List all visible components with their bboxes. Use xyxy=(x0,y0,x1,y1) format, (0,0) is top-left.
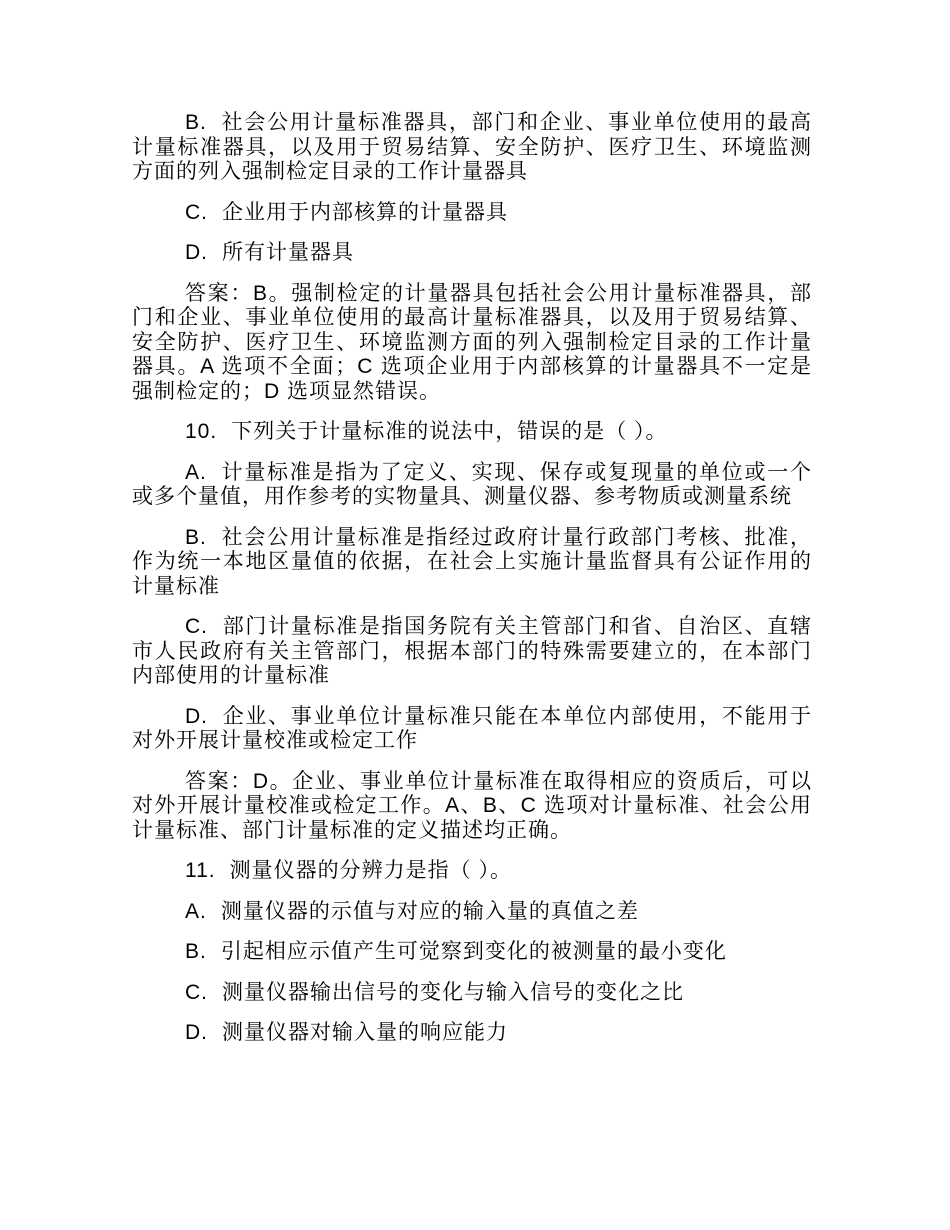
paragraph-text: 测量仪器对输入量的响应能力 xyxy=(222,1021,508,1044)
option-label: C. xyxy=(185,615,208,638)
option-label: C. xyxy=(185,981,208,1004)
question-11-stem: 11.测量仪器的分辨力是指（ ）。 xyxy=(132,859,812,884)
question-10-stem: 10.下列关于计量标准的说法中，错误的是（ ）。 xyxy=(132,420,812,445)
prev-question-answer: 答案：B。强制检定的计量器具包括社会公用计量标准器具，部门和企业、事业单位使用的… xyxy=(132,282,812,405)
option-label: C. xyxy=(185,201,208,224)
paragraph-text: 答案：B。强制检定的计量器具包括社会公用计量标准器具，部门和企业、事业单位使用的… xyxy=(132,282,812,403)
question-10-option-d: D.企业、事业单位计量标准只能在本单位内部使用，不能用于对外开展计量校准或检定工… xyxy=(132,705,812,754)
option-label: B. xyxy=(185,526,207,549)
paragraph-text: 企业用于内部核算的计量器具 xyxy=(222,201,508,224)
paragraph-text: 测量仪器输出信号的变化与输入信号的变化之比 xyxy=(222,981,684,1004)
paragraph-text: 测量仪器的示值与对应的输入量的真值之差 xyxy=(221,900,639,923)
paragraph-text: 计量标准是指为了定义、实现、保存或复现量的单位或一个或多个量值，用作参考的实物量… xyxy=(132,461,812,509)
prev-question-option-c: C.企业用于内部核算的计量器具 xyxy=(132,201,812,226)
paragraph-text: 所有计量器具 xyxy=(222,241,354,264)
paragraph-text: 社会公用计量标准器具，部门和企业、事业单位使用的最高计量标准器具，以及用于贸易结… xyxy=(132,111,812,183)
option-label: B. xyxy=(185,111,207,134)
question-11-option-c: C.测量仪器输出信号的变化与输入信号的变化之比 xyxy=(132,981,812,1006)
option-label: D. xyxy=(185,1021,208,1044)
prev-question-option-d: D.所有计量器具 xyxy=(132,241,812,266)
paragraph-text: 答案：D。企业、事业单位计量标准在取得相应的资质后，可以对外开展计量校准或检定工… xyxy=(132,770,812,842)
option-label: B. xyxy=(185,940,207,963)
question-11-option-d: D.测量仪器对输入量的响应能力 xyxy=(132,1021,812,1046)
document-page: B.社会公用计量标准器具，部门和企业、事业单位使用的最高计量标准器具，以及用于贸… xyxy=(132,111,812,1046)
paragraph-text: 测量仪器的分辨力是指（ ）。 xyxy=(230,859,512,882)
prev-question-option-b: B.社会公用计量标准器具，部门和企业、事业单位使用的最高计量标准器具，以及用于贸… xyxy=(132,111,812,185)
question-11-option-b: B.引起相应示值产生可觉察到变化的被测量的最小变化 xyxy=(132,940,812,965)
option-label: A. xyxy=(185,461,207,484)
paragraph-text: 企业、事业单位计量标准只能在本单位内部使用，不能用于对外开展计量校准或检定工作 xyxy=(132,705,812,753)
question-number: 10. xyxy=(185,420,217,443)
question-10-option-a: A.计量标准是指为了定义、实现、保存或复现量的单位或一个或多个量值，用作参考的实… xyxy=(132,461,812,510)
question-number: 11. xyxy=(185,859,216,882)
question-10-answer: 答案：D。企业、事业单位计量标准在取得相应的资质后，可以对外开展计量校准或检定工… xyxy=(132,770,812,844)
option-label: D. xyxy=(185,241,208,264)
question-11-option-a: A.测量仪器的示值与对应的输入量的真值之差 xyxy=(132,900,812,925)
question-10-option-c: C.部门计量标准是指国务院有关主管部门和省、自治区、直辖市人民政府有关主管部门，… xyxy=(132,615,812,689)
paragraph-text: 引起相应示值产生可觉察到变化的被测量的最小变化 xyxy=(221,940,727,963)
question-10-option-b: B.社会公用计量标准是指经过政府计量行政部门考核、批准，作为统一本地区量值的依据… xyxy=(132,526,812,600)
paragraph-text: 社会公用计量标准是指经过政府计量行政部门考核、批准，作为统一本地区量值的依据，在… xyxy=(132,526,812,598)
option-label: D. xyxy=(185,705,208,728)
paragraph-text: 下列关于计量标准的说法中，错误的是（ ）。 xyxy=(231,420,667,443)
option-label: A. xyxy=(185,900,207,923)
paragraph-text: 部门计量标准是指国务院有关主管部门和省、自治区、直辖市人民政府有关主管部门，根据… xyxy=(132,615,812,687)
